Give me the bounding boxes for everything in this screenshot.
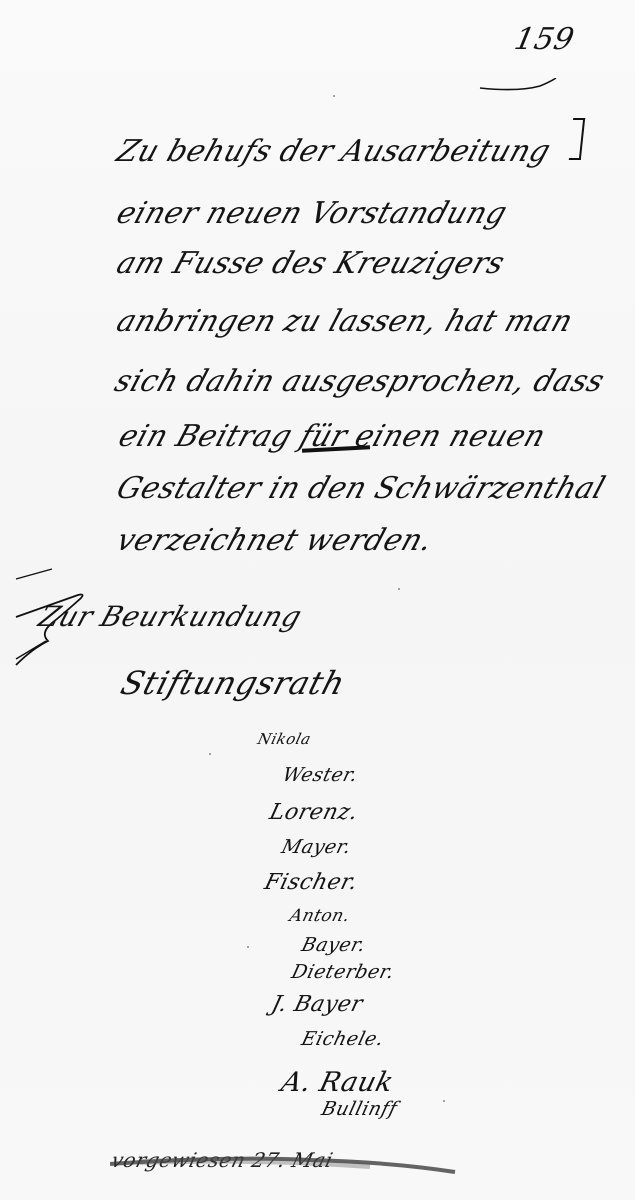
signature-12: Bullinff	[319, 1098, 399, 1120]
paper-speck	[209, 753, 211, 755]
paper-speck	[247, 946, 249, 948]
committee-title: Stiftungsrath	[117, 664, 350, 702]
body-line-1: Zu behufs der Ausarbeitung	[112, 134, 555, 169]
manuscript-page: 159 Zu behufs der Ausarbeitung einer neu…	[0, 0, 635, 1200]
cross-out-stroke	[110, 1150, 460, 1180]
signature-8: Dieterber.	[289, 961, 396, 983]
body-line-4: anbringen zu lassen, hat man	[112, 304, 577, 339]
paper-speck	[443, 1100, 445, 1102]
body-line-2: einer neuen Vorstandung	[112, 196, 511, 231]
paper-speck	[398, 588, 400, 590]
body-line-5: sich dahin ausgesprochen, dass	[110, 364, 609, 399]
signature-3: Lorenz.	[267, 800, 361, 825]
signature-7: Bayer.	[299, 934, 368, 956]
signature-10: Eichele.	[299, 1028, 386, 1050]
page-number-underline	[478, 78, 558, 92]
signature-2: Wester.	[280, 764, 360, 786]
margin-bracket	[569, 118, 585, 160]
signature-4: Mayer.	[279, 836, 353, 858]
signature-9: J. Bayer	[269, 992, 366, 1017]
body-line-3: am Fusse des Kreuzigers	[112, 246, 509, 281]
margin-stroke-icon	[14, 567, 54, 581]
body-line-8: verzeichnet werden.	[112, 523, 437, 558]
page-number: 159	[511, 22, 577, 57]
paper-speck	[333, 95, 335, 97]
signature-6: Anton.	[288, 906, 353, 926]
signature-1: Nikola	[256, 730, 313, 748]
closing-phrase: Zur Beurkundung	[35, 600, 307, 633]
signature-11: A. Rauk	[278, 1067, 397, 1098]
body-line-7: Gestalter in den Schwärzenthal	[112, 471, 609, 506]
signature-5: Fischer.	[262, 870, 360, 895]
